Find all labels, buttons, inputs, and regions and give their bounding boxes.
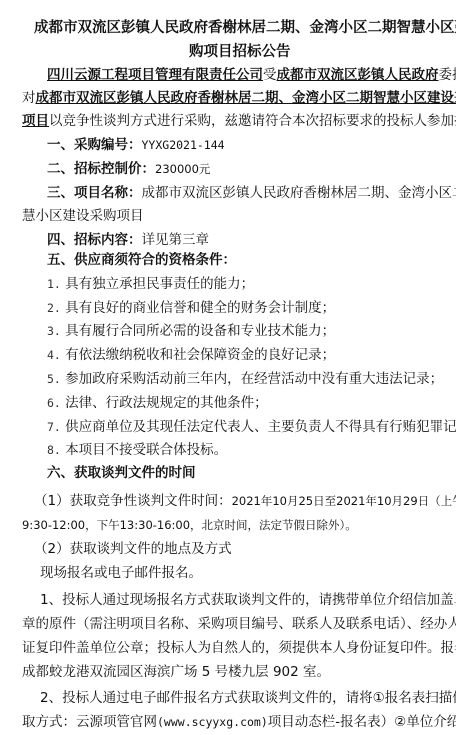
qualification-item: 4. 有依法缴纳税收和社会保障资金的良好记录； xyxy=(47,346,335,364)
bid-content: 详见第三章 xyxy=(142,232,210,248)
project-name-part1: 成都市双流区彭镇人民政府香榭林居二期、金湾小区二期智慧小区建设采购 xyxy=(36,90,456,106)
qualification-item: 5. 参加政府采购活动前三年内，在经营活动中没有重大违法记录； xyxy=(47,370,443,388)
project-name: 成都市双流区彭镇人民政府香榭林居二期、金湾小区二期智 xyxy=(142,185,456,201)
time-para-2: （2）获取谈判文件的地点及方式 xyxy=(34,540,232,558)
qualification-item: 6. 法律、行政法规规定的其他条件； xyxy=(47,394,268,412)
project-name-cont: 慧小区建设采购项目 xyxy=(22,207,144,225)
title-line-2: 购项目招标公告 xyxy=(189,43,291,61)
intro-rest: 以竞争性谈判方式进行采购，兹邀请符合本次招标要求的投标人参加投标。 xyxy=(49,113,456,129)
intro-entrusted: 委托， xyxy=(439,67,456,83)
qualification-item: 3. 具有履行合同所必需的设备和专业技术能力； xyxy=(47,322,335,340)
section-procurement-number: 一、采购编号：YYXG2021-144 xyxy=(47,136,225,154)
intro-line-1: 四川云源工程项目管理有限责任公司受成都市双流区彭镇人民政府委托， xyxy=(47,66,456,84)
method-2-line-2: 取方式：云源项管官网(www.scyyxg.com)项目动态栏-报名表）②单位介… xyxy=(22,713,456,731)
method-1-line-3: 证复印件盖单位公章；投标人为自然人的，须提供本人身份证复印件。报名地址： xyxy=(22,639,456,657)
time-para-1-cont: 9:30-12:00，下午13:30-16:00，北京时间，法定节假日除外）。 xyxy=(22,516,357,534)
agency-name: 四川云源工程项目管理有限责任公司 xyxy=(47,67,263,83)
qualification-item: 2. 具有良好的商业信誉和健全的财务会计制度； xyxy=(47,299,335,317)
title-line-1: 成都市双流区彭镇人民政府香榭林居二期、金湾小区二期智慧小区建设采 xyxy=(34,19,456,37)
intro-to: 对 xyxy=(22,90,36,106)
time-value: 2021年10月25日至2021年10月29日（上午 xyxy=(232,494,456,508)
qualification-item: 1. 具有独立承担民事责任的能力； xyxy=(47,275,254,293)
section-control-price: 二、招标控制价：230000元 xyxy=(47,160,210,178)
method-1-line-1: 1、投标人通过现场报名方式获取谈判文件的，请携带单位介绍信加盖单位公 xyxy=(40,591,456,609)
section-qualifications-heading: 五、供应商须符合的资格条件： xyxy=(47,251,236,269)
section-label: 一、采购编号： xyxy=(47,137,142,153)
section-time-heading: 六、获取谈判文件的时间 xyxy=(47,464,196,482)
purchaser-name: 成都市双流区彭镇人民政府 xyxy=(277,67,439,83)
method-1-line-4: 成都蛟龙港双流园区海滨广场 5 号楼九层 902 室。 xyxy=(22,663,330,681)
procurement-number: YYXG2021-144 xyxy=(142,138,225,152)
section-label: 二、招标控制价： xyxy=(47,161,155,177)
control-price: 230000元 xyxy=(155,162,210,176)
qualification-item: 7. 供应商单位及其现任法定代表人、主要负责人不得具有行贿犯罪记录； xyxy=(47,418,456,436)
method-1-line-2: 章的原件（需注明项目名称、采购项目编号、联系人及联系电话）、经办人身份 xyxy=(22,615,456,633)
intro-accepted: 受 xyxy=(263,67,277,83)
section-bid-content: 四、招标内容：详见第三章 xyxy=(47,231,209,249)
section-label: 四、招标内容： xyxy=(47,232,142,248)
section-project-name: 三、项目名称：成都市双流区彭镇人民政府香榭林居二期、金湾小区二期智 xyxy=(47,184,456,202)
time-para-3: 现场报名或电子邮件报名。 xyxy=(40,564,202,582)
qualification-item: 8. 本项目不接受联合体投标。 xyxy=(47,441,227,459)
method-2-line-1: 2、投标人通过电子邮件报名方式获取谈判文件的，请将①报名表扫描件（获 xyxy=(40,689,456,707)
time-label: （1）获取竞争性谈判文件时间： xyxy=(34,493,232,509)
section-label: 三、项目名称： xyxy=(47,185,142,201)
time-para-1: （1）获取竞争性谈判文件时间：2021年10月25日至2021年10月29日（上… xyxy=(34,492,456,510)
intro-line-3: 项目以竞争性谈判方式进行采购，兹邀请符合本次招标要求的投标人参加投标。 xyxy=(22,112,456,130)
website-url[interactable]: (www.scyyxg.com) xyxy=(157,715,268,729)
intro-line-2: 对成都市双流区彭镇人民政府香榭林居二期、金湾小区二期智慧小区建设采购 xyxy=(22,89,456,107)
project-name-part2: 项目 xyxy=(22,113,49,129)
